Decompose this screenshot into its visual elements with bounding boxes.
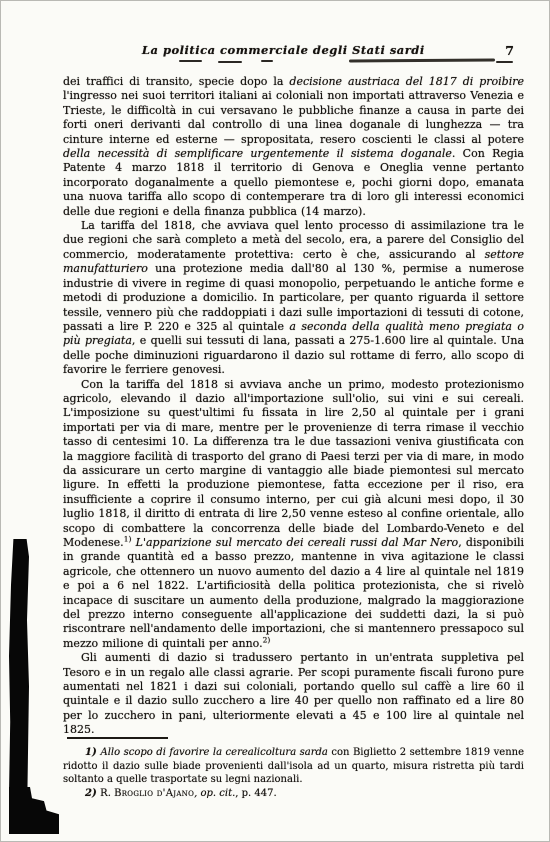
text-segment: R. <box>100 788 114 799</box>
footnote: 1) Allo scopo di favorire la cerealicolt… <box>63 746 524 787</box>
text-segment: 2) <box>85 788 100 799</box>
text-segment: L'apparizione sul mercato dei cereali ru… <box>136 536 459 549</box>
text-segment: Con la tariffa del 1818 si avviava anche… <box>63 378 524 549</box>
ink-smudge <box>179 60 202 62</box>
scan-artifact-blob <box>9 787 59 834</box>
page-title: La politica commerciale degli Stati sard… <box>142 43 425 57</box>
text-segment: decisione austriaca del 1817 di proibire <box>289 75 524 88</box>
text-segment: La tariffa del 1818, che avviava quel le… <box>63 219 524 261</box>
text-segment: , p. 447. <box>235 788 276 799</box>
footnotes-list: 1) Allo scopo di favorire la cerealicolt… <box>63 746 524 800</box>
ink-smudge <box>261 60 273 62</box>
scanned-book-page: La politica commerciale degli Stati sard… <box>0 0 550 842</box>
text-segment: Broglio d'Ajano <box>114 788 194 799</box>
paragraph: Con la tariffa del 1818 si avviava anche… <box>63 378 524 652</box>
paragraph: Gli aumenti di dazio si tradussero perta… <box>63 651 524 733</box>
paragraph: dei traffici di transito, specie dopo la… <box>63 75 524 219</box>
footnote: 2) R. Broglio d'Ajano, op. cit., p. 447. <box>63 787 524 801</box>
text-segment: , disponibili in grande quantità ed a ba… <box>63 536 524 650</box>
text-segment: dei traffici di transito, specie dopo la <box>63 75 289 88</box>
text-segment: , e quelli sui tessuti di lana, passati … <box>63 334 524 376</box>
text-segment: 2) <box>263 635 271 644</box>
page-number: 7 <box>505 43 514 58</box>
footnote-separator <box>67 737 168 739</box>
text-segment: Gli aumenti di dazio si tradussero perta… <box>63 651 524 733</box>
text-segment: 1) <box>85 747 101 758</box>
ink-smudge <box>218 61 242 63</box>
scan-artifact-bar <box>9 539 29 793</box>
text-segment: della necessità di semplificare urgentem… <box>63 147 452 160</box>
body-text: dei traffici di transito, specie dopo la… <box>63 75 524 733</box>
paragraph: La tariffa del 1818, che avviava quel le… <box>63 219 524 377</box>
text-segment: Allo scopo di favorire la cerealicoltura… <box>101 747 328 758</box>
text-segment: l'ingresso nei suoi territori italiani a… <box>63 89 524 145</box>
ink-smudge <box>496 61 513 63</box>
text-segment: , op. cit. <box>194 788 235 799</box>
